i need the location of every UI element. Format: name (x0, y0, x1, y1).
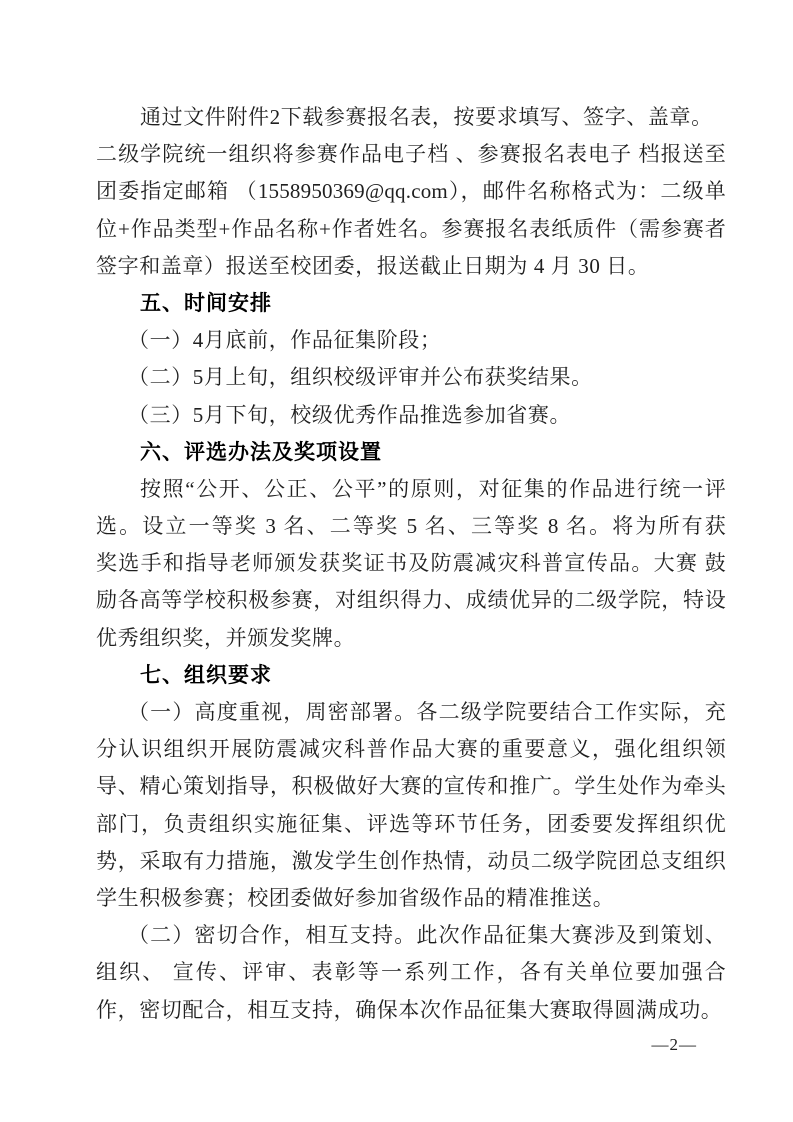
doc-line: 优秀组织奖，并颁发奖牌。 (96, 620, 726, 657)
doc-line: 学生积极参赛；校团委做好参加省级作品的精准推送。 (96, 880, 726, 917)
doc-line: 选。设立一等奖 3 名、二等奖 5 名、三等奖 8 名。将为所有获 (96, 508, 726, 545)
doc-line: 作，密切配合，相互支持，确保本次作品征集大赛取得圆满成功。 (96, 992, 726, 1029)
doc-line: 组织、 宣传、评审、表彰等一系列工作，各有关单位要加强合 (96, 954, 726, 991)
doc-line: 团委指定邮箱 （1558950369@qq.com），邮件名称格式为：二级单 (96, 173, 726, 210)
doc-line: 通过文件附件2下载参赛报名表，按要求填写、签字、盖章。 (96, 99, 726, 136)
doc-line: 奖选手和指导老师颁发获奖证书及防震减灾科普宣传品。大赛 鼓 (96, 545, 726, 582)
heading-time-schedule: 五、时间安排 (96, 285, 726, 322)
doc-line: 分认识组织开展防震减灾科普作品大赛的重要意义，强化组织领 (96, 731, 726, 768)
heading-organization-requirements: 七、组织要求 (96, 657, 726, 694)
doc-line: 签字和盖章）报送至校团委，报送截止日期为 4 月 30 日。 (96, 248, 726, 285)
doc-line: 二级学院统一组织将参赛作品电子档 、参赛报名表电子 档报送至 (96, 136, 726, 173)
page-number: —2— (652, 1035, 698, 1055)
list-item-april: （一）4月底前，作品征集阶段； (96, 322, 726, 359)
doc-line: 势，采取有力措施，激发学生创作热情，动员二级学院团总支组织 (96, 843, 726, 880)
doc-line: 导、精心策划指导，积极做好大赛的宣传和推广。学生处作为牵头 (96, 768, 726, 805)
doc-line: 位+作品类型+作品名称+作者姓名。参赛报名表纸质件（需参赛者 (96, 211, 726, 248)
document-page: 通过文件附件2下载参赛报名表，按要求填写、签字、盖章。 二级学院统一组织将参赛作… (0, 0, 793, 1122)
list-item-may-early: （二）5月上旬，组织校级评审并公布获奖结果。 (96, 359, 726, 396)
document-body: 通过文件附件2下载参赛报名表，按要求填写、签字、盖章。 二级学院统一组织将参赛作… (96, 99, 726, 1029)
doc-line: 部门，负责组织实施征集、评选等环节任务，团委要发挥组织优 (96, 806, 726, 843)
doc-line: （二）密切合作，相互支持。此次作品征集大赛涉及到策划、 (96, 917, 726, 954)
doc-line: 按照“公开、公正、公平”的原则，对征集的作品进行统一评 (96, 471, 726, 508)
list-item-may-late: （三）5月下旬，校级优秀作品推选参加省赛。 (96, 397, 726, 434)
doc-line: 励各高等学校积极参赛，对组织得力、成绩优异的二级学院，特设 (96, 582, 726, 619)
doc-line: （一）高度重视，周密部署。各二级学院要结合工作实际，充 (96, 694, 726, 731)
heading-evaluation-and-awards: 六、评选办法及奖项设置 (96, 434, 726, 471)
